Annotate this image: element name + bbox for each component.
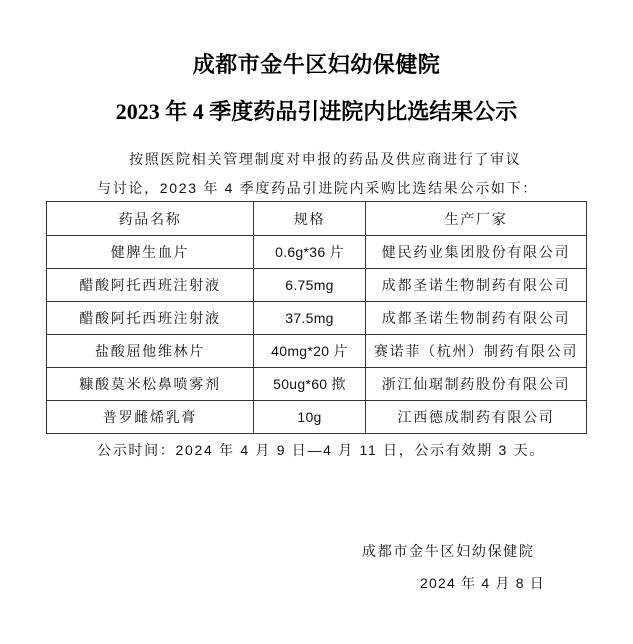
table-row: 醋酸阿托西班注射液 6.75mg 成都圣诺生物制药有限公司	[47, 269, 587, 302]
table-row: 健脾生血片 0.6g*36 片 健民药业集团股份有限公司	[47, 236, 587, 269]
header-specification: 规格	[254, 202, 366, 236]
table-row: 糠酸莫米松鼻喷雾剂 50ug*60 揿 浙江仙琚制药股份有限公司	[47, 368, 587, 401]
table-header-row: 药品名称 规格 生产厂家	[47, 202, 587, 236]
drug-name-cell: 盐酸屈他维林片	[47, 335, 254, 368]
signature-date: 2024 年 4 月 8 日	[420, 573, 545, 593]
drug-name-cell: 糠酸莫米松鼻喷雾剂	[47, 368, 254, 401]
header-drug-name: 药品名称	[47, 202, 254, 236]
manufacturer-cell: 健民药业集团股份有限公司	[366, 236, 587, 269]
drug-name-cell: 醋酸阿托西班注射液	[47, 302, 254, 335]
manufacturer-cell: 成都圣诺生物制药有限公司	[366, 269, 587, 302]
document-title: 2023 年 4 季度药品引进院内比选结果公示	[0, 99, 633, 125]
table-row: 普罗雌烯乳膏 10g 江西德成制药有限公司	[47, 401, 587, 434]
specification-cell: 6.75mg	[254, 269, 366, 302]
header-manufacturer: 生产厂家	[366, 202, 587, 236]
intro-line-1: 按照医院相关管理制度对申报的药品及供应商进行了审议	[129, 149, 522, 169]
notice-period: 公示时间：2024 年 4 月 9 日—4 月 11 日，公示有效期 3 天。	[97, 440, 545, 460]
table-row: 醋酸阿托西班注射液 37.5mg 成都圣诺生物制药有限公司	[47, 302, 587, 335]
specification-cell: 0.6g*36 片	[254, 236, 366, 269]
selection-result-table: 药品名称 规格 生产厂家 健脾生血片 0.6g*36 片 健民药业集团股份有限公…	[46, 201, 587, 434]
drug-name-cell: 健脾生血片	[47, 236, 254, 269]
specification-cell: 10g	[254, 401, 366, 434]
organization-title: 成都市金牛区妇幼保健院	[0, 52, 633, 78]
signature-organization: 成都市金牛区妇幼保健院	[362, 541, 535, 561]
intro-line-2: 与讨论，2023 年 4 季度药品引进院内采购比选结果公示如下：	[97, 178, 538, 198]
manufacturer-cell: 赛诺菲（杭州）制药有限公司	[366, 335, 587, 368]
drug-name-cell: 普罗雌烯乳膏	[47, 401, 254, 434]
specification-cell: 50ug*60 揿	[254, 368, 366, 401]
manufacturer-cell: 成都圣诺生物制药有限公司	[366, 302, 587, 335]
manufacturer-cell: 江西德成制药有限公司	[366, 401, 587, 434]
manufacturer-cell: 浙江仙琚制药股份有限公司	[366, 368, 587, 401]
table-row: 盐酸屈他维林片 40mg*20 片 赛诺菲（杭州）制药有限公司	[47, 335, 587, 368]
specification-cell: 40mg*20 片	[254, 335, 366, 368]
specification-cell: 37.5mg	[254, 302, 366, 335]
drug-name-cell: 醋酸阿托西班注射液	[47, 269, 254, 302]
